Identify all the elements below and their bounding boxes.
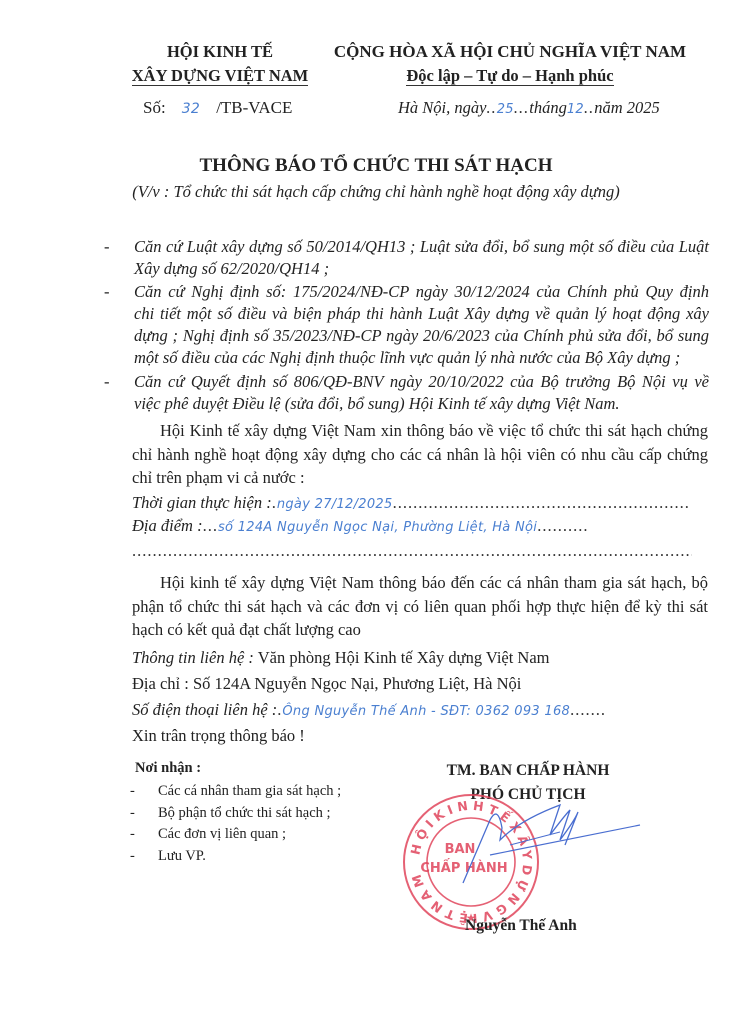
bullet-dash: -: [130, 783, 158, 800]
recipient-text: Các cá nhân tham gia sát hạch ;: [158, 783, 341, 799]
org-name-line2-text: XÂY DỰNG VIỆT NAM: [132, 66, 308, 86]
text-line: việc phê duyệt Điều lệ (sửa đổi, bổ sung…: [134, 393, 709, 415]
intro-line: chỉ trên phạm vi cả nước :: [132, 467, 708, 489]
location-field: Địa điểm :...số 124A Nguyễn Ngọc Nại, Ph…: [132, 515, 692, 539]
date-year: năm 2025: [594, 98, 660, 117]
date-day: 25: [497, 102, 514, 117]
bullet-dash: -: [130, 848, 158, 865]
recipient-item: -Các đơn vị liên quan ;: [130, 826, 286, 843]
bullet-dash: -: [130, 805, 158, 822]
text-line: Căn cứ Luật xây dựng số 50/2014/QH13 ; L…: [134, 236, 709, 258]
legal-basis-text: Căn cứ Luật xây dựng số 50/2014/QH13 ; L…: [134, 236, 709, 280]
notice-line: phận tổ chức thi sát hạch và các đơn vị …: [132, 596, 708, 618]
text-line: dựng ; Nghị định số 35/2023/NĐ-CP ngày 2…: [134, 325, 709, 347]
recipient-text: Bộ phận tổ chức thi sát hạch ;: [158, 805, 331, 821]
time-field: Thời gian thực hiện :.ngày 27/12/2025...…: [132, 492, 692, 516]
time-label: Thời gian thực hiện :: [132, 493, 272, 512]
text-line: Căn cứ Quyết định số 806/QĐ-BNV ngày 20/…: [134, 371, 709, 393]
handwritten-signature: [450, 800, 650, 890]
legal-basis-text: Căn cứ Nghị định số: 175/2024/NĐ-CP ngày…: [134, 281, 709, 369]
location-continuation-line: ........................................…: [132, 540, 692, 562]
text-line: Căn cứ Nghị định số: 175/2024/NĐ-CP ngày…: [134, 281, 709, 303]
time-value: ngày 27/12/2025: [277, 497, 393, 512]
date-month-label: tháng: [529, 98, 567, 117]
date-month: 12: [567, 102, 584, 117]
contact-address: Địa chỉ : Số 124A Nguyễn Ngọc Nại, Phươn…: [132, 673, 521, 695]
recipient-item: -Các cá nhân tham gia sát hạch ;: [130, 783, 341, 800]
signatory-name: Nguyễn Thế Anh: [465, 917, 577, 935]
org-name-line2: XÂY DỰNG VIỆT NAM: [115, 66, 325, 86]
intro-line: chỉ hành nghề hoạt động xây dựng cho các…: [132, 444, 708, 466]
recipient-item: -Lưu VP.: [130, 848, 206, 865]
recipient-text: Lưu VP.: [158, 848, 206, 864]
document-title: THÔNG BÁO TỔ CHỨC THI SÁT HẠCH: [0, 155, 752, 177]
national-title: CỘNG HÒA XÃ HỘI CHỦ NGHĨA VIỆT NAM: [320, 42, 700, 62]
date-prefix: Hà Nội, ngày: [398, 98, 486, 117]
recipients-title: Nơi nhận :: [135, 760, 201, 777]
document-number-label: Số:: [143, 98, 166, 117]
recipient-item: -Bộ phận tổ chức thi sát hạch ;: [130, 805, 331, 822]
recipient-text: Các đơn vị liên quan ;: [158, 826, 286, 842]
contact-phone: Số điện thoại liên hệ :.Ông Nguyễn Thế A…: [132, 699, 606, 723]
bullet-dash: -: [130, 826, 158, 843]
document-number: Số: 32 /TB-VACE: [143, 98, 292, 118]
text-line: một số điều của các Nghị định thuộc lĩnh…: [134, 347, 709, 369]
location-label: Địa điểm :: [132, 516, 203, 535]
bullet-dash: -: [104, 281, 110, 303]
text-line: chi tiết một số điều và biện pháp thi hà…: [134, 303, 709, 325]
notice-line: hạch có kết quả đạt chất lượng cao: [132, 619, 708, 641]
document-date: Hà Nội, ngày..25...tháng12..năm 2025: [398, 98, 660, 118]
document-number-suffix: /TB-VACE: [216, 98, 292, 117]
legal-basis-text: Căn cứ Quyết định số 806/QĐ-BNV ngày 20/…: [134, 371, 709, 415]
document-subtitle: (V/v : Tổ chức thi sát hạch cấp chứng ch…: [0, 182, 752, 202]
closing-line: Xin trân trọng thông báo !: [132, 725, 305, 747]
intro-line: Hội Kinh tế xây dựng Việt Nam xin thông …: [160, 420, 708, 442]
text-line: Xây dựng số 62/2020/QH14 ;: [134, 258, 709, 280]
contact-info-label: Thông tin liên hệ :: [132, 648, 254, 667]
bullet-dash: -: [104, 236, 110, 258]
bullet-dash: -: [104, 371, 110, 393]
notice-line: Hội kinh tế xây dựng Việt Nam thông báo …: [160, 572, 708, 594]
location-value: số 124A Nguyễn Ngọc Nại, Phường Liệt, Hà…: [218, 520, 537, 535]
contact-phone-label: Số điện thoại liên hệ :: [132, 700, 277, 719]
contact-info-value: Văn phòng Hội Kinh tế Xây dựng Việt Nam: [258, 648, 550, 667]
national-motto-text: Độc lập – Tự do – Hạnh phúc: [406, 66, 613, 86]
national-motto: Độc lập – Tự do – Hạnh phúc: [320, 66, 700, 86]
contact-phone-value: Ông Nguyễn Thế Anh - SĐT: 0362 093 168: [282, 704, 570, 719]
contact-info: Thông tin liên hệ : Văn phòng Hội Kinh t…: [132, 647, 550, 669]
org-name-line1: HỘI KINH TẾ: [130, 42, 310, 62]
document-number-handwritten: 32: [170, 101, 212, 117]
signature-on-behalf: TM. BAN CHẤP HÀNH: [438, 762, 618, 780]
